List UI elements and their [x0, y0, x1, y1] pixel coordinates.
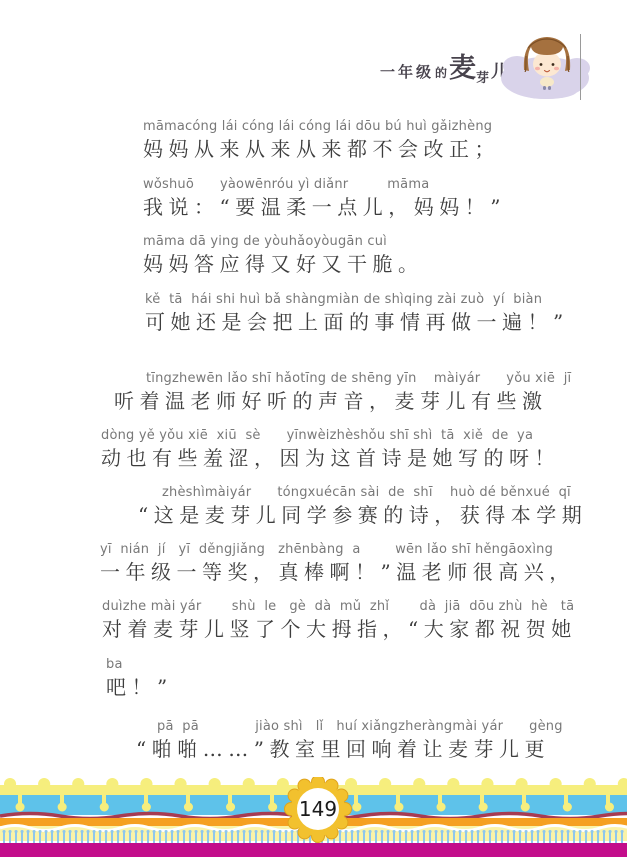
hanzi-line: 听着温老师好听的声音，麦芽儿有些激	[114, 389, 571, 413]
pinyin-line: yī nián jí yī děngjiǎng zhēnbàng a wēn l…	[100, 542, 575, 557]
text-line: duìzhe mài yár shù le gè dà mǔ zhǐ dà ji…	[102, 599, 577, 641]
pinyin-line: zhèshìmàiyár tóngxuécān sài de shī huò d…	[162, 485, 587, 500]
chapter-title-small: 芽	[476, 67, 489, 86]
text-line: ba 吧！”	[106, 657, 173, 699]
hanzi-line: 我说：“要温柔一点儿，妈妈！”	[143, 195, 506, 219]
chapter-title-big: 麦	[449, 46, 476, 85]
hanzi-line: 妈妈从来从来从来都不会改正；	[143, 137, 500, 161]
pinyin-line: māmacóng lái cóng lái cóng lái dōu bú hu…	[143, 119, 500, 134]
text-line: wǒshuō yàowēnróu yì diǎnr māma 我说：“要温柔一点…	[143, 177, 506, 219]
text-line: pā pā jiào shì lǐ huí xiǎngzheràngmài yá…	[136, 719, 563, 761]
hanzi-line: “这是麦芽儿同学参赛的诗，获得本学期	[138, 503, 587, 527]
pinyin-line: ba	[106, 657, 173, 672]
chapter-title-de: 的	[435, 64, 447, 81]
pinyin-line: wǒshuō yàowēnróu yì diǎnr māma	[143, 177, 506, 192]
book-page: 一年级 的 麦 芽 儿 māmacóng lái cóng lái cóng l…	[0, 0, 627, 857]
pinyin-line: māma dā ying de yòuhǎoyòugān cuì	[143, 234, 424, 249]
pinyin-line: kě tā hái shi huì bǎ shàngmiàn de shìqin…	[145, 292, 569, 307]
hanzi-line: 一年级一等奖，真棒啊！”温老师很高兴，	[100, 560, 575, 584]
hanzi-line: 动也有些羞涩，因为这首诗是她写的呀！	[101, 446, 560, 470]
page-number: 149	[299, 797, 337, 821]
text-line: māma dā ying de yòuhǎoyòugān cuì 妈妈答应得又好…	[143, 234, 424, 276]
chapter-title: 一年级 的 麦 芽 儿	[380, 46, 508, 85]
text-line: zhèshìmàiyár tóngxuécān sài de shī huò d…	[138, 485, 587, 527]
text-line: yī nián jí yī děngjiǎng zhēnbàng a wēn l…	[100, 542, 575, 584]
pinyin-line: dòng yě yǒu xiē xiū sè yīnwèizhèshǒu shī…	[101, 428, 560, 443]
text-line: dòng yě yǒu xiē xiū sè yīnwèizhèshǒu shī…	[101, 428, 560, 470]
text-line: māmacóng lái cóng lái cóng lái dōu bú hu…	[143, 119, 500, 161]
hanzi-line: 可她还是会把上面的事情再做一遍！”	[145, 310, 569, 334]
pinyin-line: tīngzhewēn lǎo shī hǎotīng de shēng yīn …	[146, 371, 571, 386]
hanzi-line: “啪啪……”教室里回响着让麦芽儿更	[136, 737, 563, 761]
girl-illustration	[497, 28, 597, 102]
text-line: tīngzhewēn lǎo shī hǎotīng de shēng yīn …	[146, 371, 571, 413]
chapter-title-prefix: 一年级	[380, 61, 434, 82]
hanzi-line: 妈妈答应得又好又干脆。	[143, 252, 424, 276]
hanzi-line: 对着麦芽儿竖了个大拇指，“大家都祝贺她	[102, 617, 577, 641]
pinyin-line: duìzhe mài yár shù le gè dà mǔ zhǐ dà ji…	[102, 599, 577, 614]
header-divider	[580, 34, 581, 100]
hanzi-line: 吧！”	[106, 675, 173, 699]
pinyin-line: pā pā jiào shì lǐ huí xiǎngzheràngmài yá…	[157, 719, 563, 734]
decorative-border: 149	[0, 777, 627, 857]
text-line: kě tā hái shi huì bǎ shàngmiàn de shìqin…	[145, 292, 569, 334]
